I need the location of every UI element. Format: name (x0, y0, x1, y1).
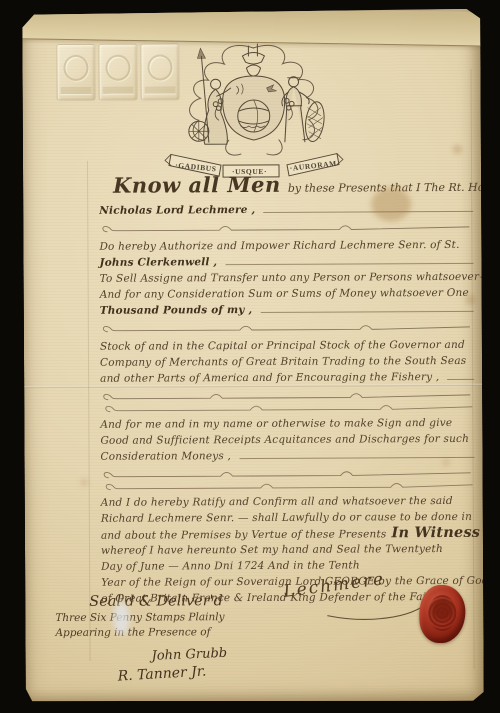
deed-line: Day of June — Anno Dni 1724 And in the T… (101, 557, 477, 575)
document-photo: ·GADIBUS ·USQUE· ·AURORAM Know all Men b… (0, 0, 500, 713)
deed-line: And I do hereby Ratify and Confirm all a… (101, 493, 477, 511)
vertical-crease (87, 161, 91, 661)
deed-line: whereof I have hereunto Set my hand and … (101, 541, 477, 559)
deed-line: Thousand Pounds of my , (100, 301, 476, 319)
witness-signature-grubb: John Grubb (151, 646, 227, 664)
deed-line: Johns Clerkenwell , (99, 253, 475, 271)
paper-smudge (113, 603, 129, 635)
fox-spot (443, 459, 450, 466)
ink-stain (371, 187, 411, 221)
grantor-name-line: Nicholas Lord Lechmere , (99, 201, 475, 219)
stamps-note-line: Three Six Penny Stamps Plainly (55, 610, 227, 626)
embossed-revenue-stamp (98, 44, 137, 101)
deed-line: Do hereby Authorize and Impower Richard … (99, 237, 475, 255)
flourish-line (100, 385, 476, 417)
embossed-revenue-stamp (56, 44, 95, 101)
in-witness-emphasis: In Witness (391, 525, 480, 541)
fox-spot (466, 295, 476, 305)
south-sea-company-crest: ·GADIBUS ·USQUE· ·AURORAM (158, 37, 349, 186)
witness-clause-line: and about the Premises by Vertue of thes… (101, 525, 477, 543)
deed-line: Stock of and in the Capital or Principal… (100, 337, 476, 355)
sealed-delivered-line: Seal'd & Deliver'd (89, 592, 227, 611)
red-wax-seal (419, 585, 465, 643)
incipit: Know all Men (113, 172, 281, 198)
fox-spot (453, 145, 462, 154)
deed-line: Consideration Moneys , (100, 447, 476, 465)
flourish-line (99, 217, 475, 239)
stamps-note-line: Appearing in the Presence of (55, 625, 227, 641)
deed-document: ·GADIBUS ·USQUE· ·AURORAM Know all Men b… (22, 9, 484, 703)
deed-line: Company of Merchants of Great Britain Tr… (100, 353, 476, 371)
deed-line: Good and Sufficient Receipts Acquitances… (100, 431, 476, 449)
deed-line: And for me and in my name or otherwise t… (100, 415, 476, 433)
deed-line: And for any Consideration Sum or Sums of… (100, 285, 476, 303)
flourish-line (100, 317, 476, 339)
fox-spot (81, 479, 88, 486)
deed-line: To Sell Assigne and Transfer unto any Pe… (100, 269, 476, 287)
deed-body-text: Know all Men by these Presents that I Th… (99, 171, 477, 607)
witness-signature-tanner: R. Tanner Jr. (117, 662, 227, 684)
flourish-line (101, 463, 477, 495)
attestation-block: Seal'd & Deliver'd Three Six Penny Stamp… (55, 592, 227, 682)
